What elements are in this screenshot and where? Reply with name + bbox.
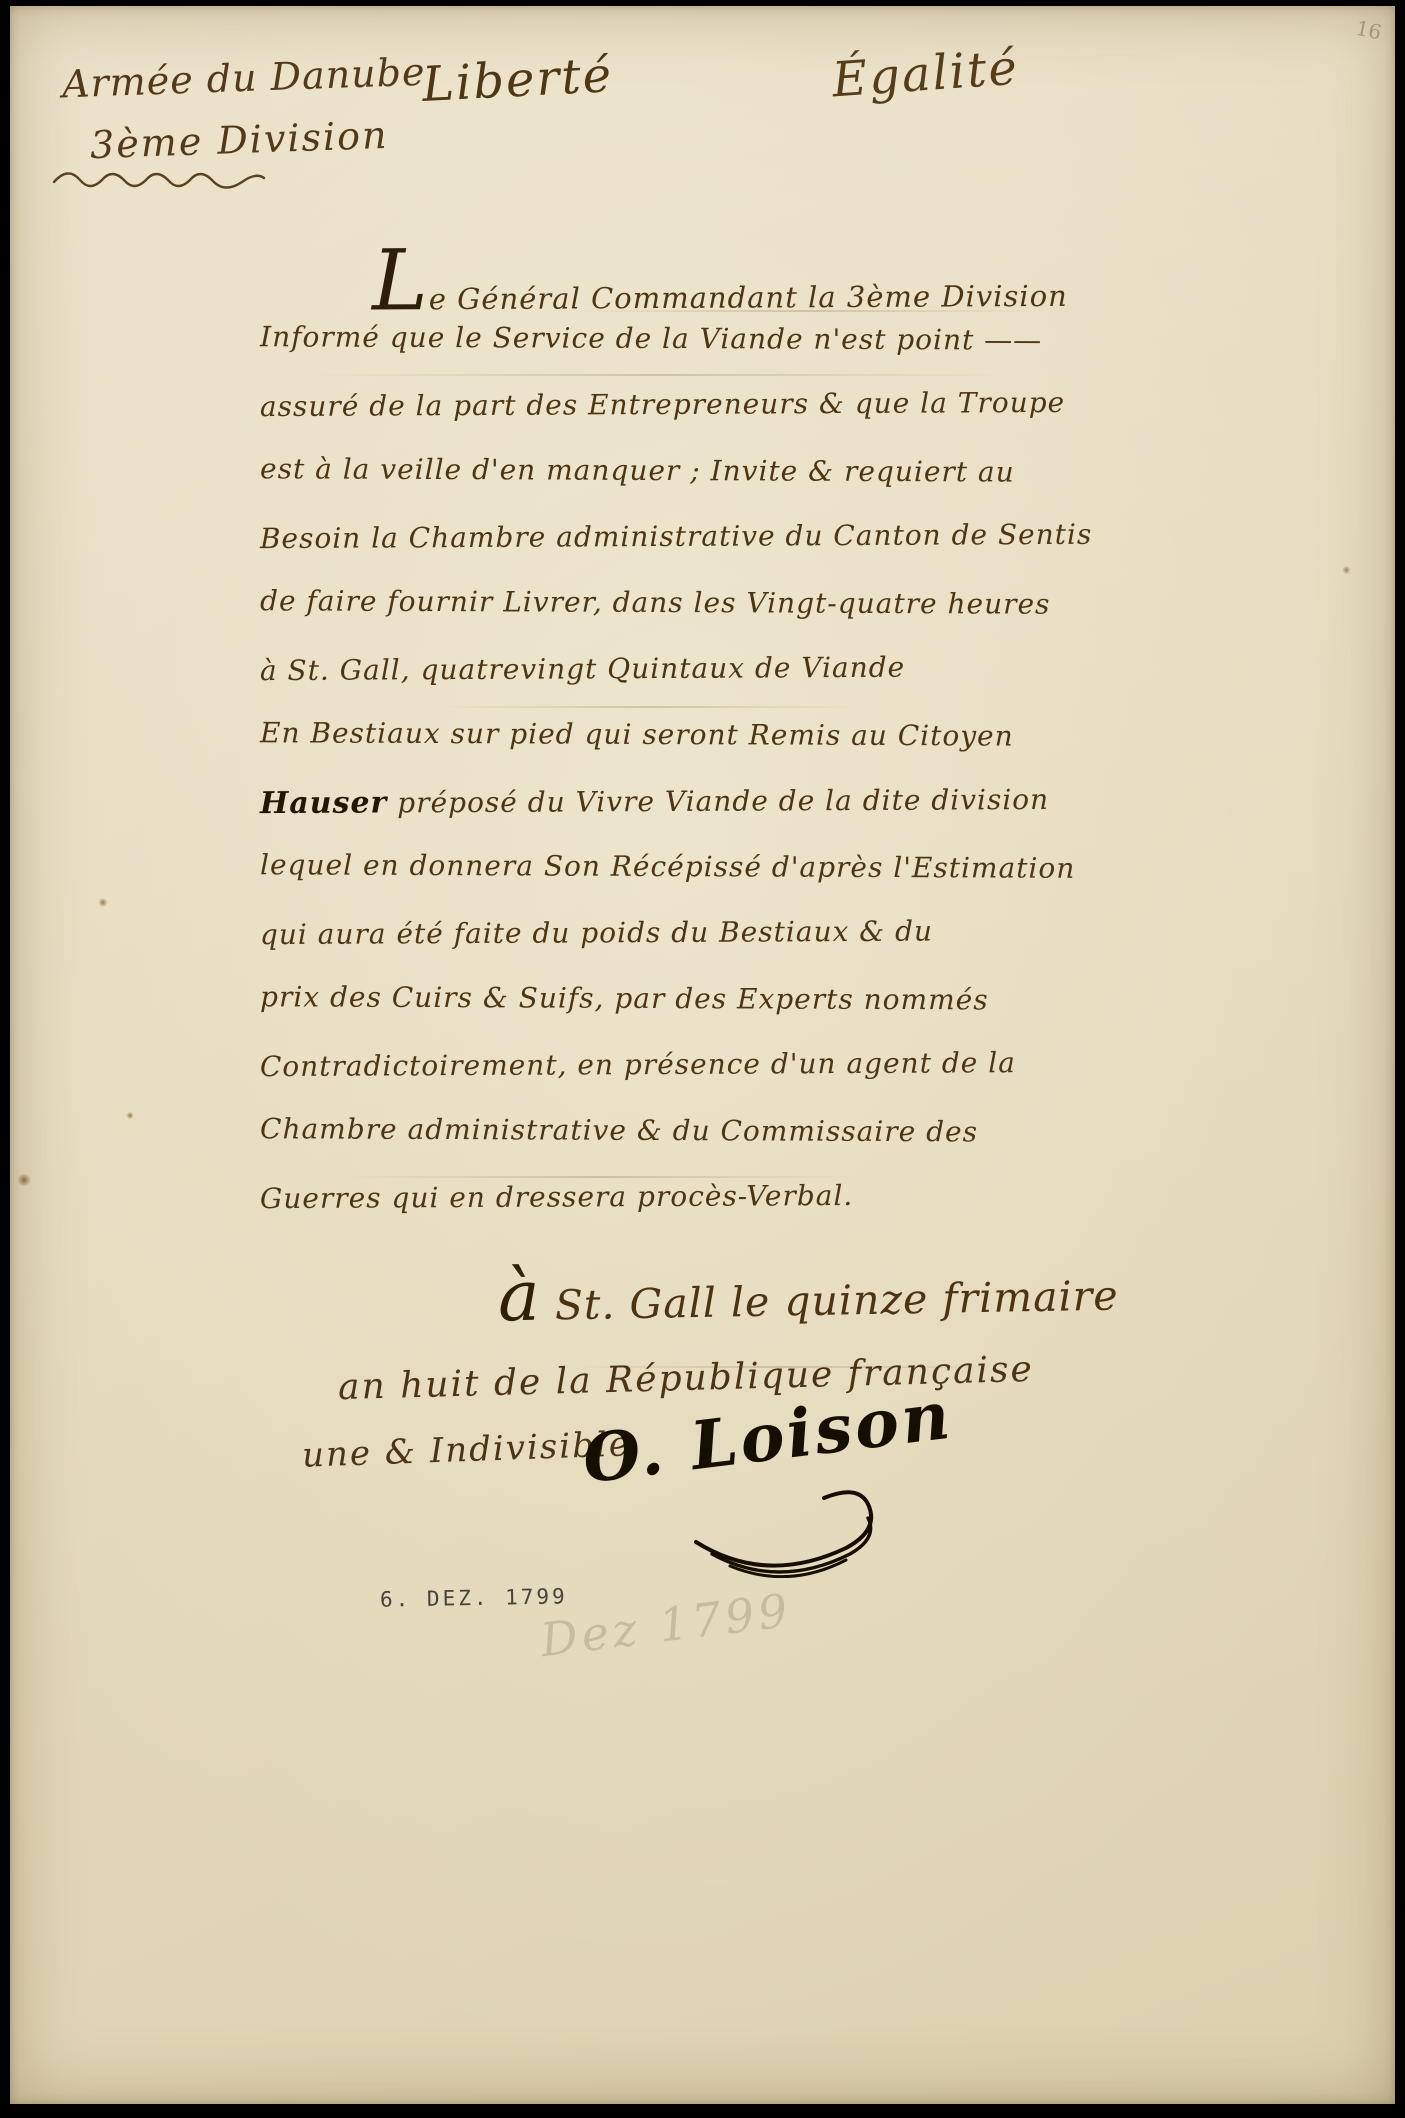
body-line: Chambre administrative & du Commissaire …	[260, 1112, 1060, 1181]
consignee-name: Hauser	[260, 785, 388, 821]
age-spot	[126, 1112, 134, 1119]
body-line: de faire fournir Livrer, dans les Vingt-…	[260, 584, 1060, 653]
date-stamp: 6. DEZ. 1799	[380, 1584, 568, 1611]
army-name: Armée du Danube	[61, 50, 426, 107]
body-line: qui aura été faite du poids du Bestiaux …	[260, 914, 1060, 984]
body-line-consignee: Hauser préposé du Vivre Viande de la dit…	[260, 782, 1060, 852]
body-line-rest: préposé du Vivre Viande de la dite divis…	[397, 783, 1049, 819]
body-line: Contradictoirement, en présence d'un age…	[260, 1046, 1060, 1116]
division-name: 3ème Division	[89, 113, 389, 167]
body-line: lequel en donnera Son Récépissé d'après …	[260, 848, 1060, 917]
document-paper: Armée du Danube 3ème Division Liberté Ég…	[10, 6, 1395, 2104]
letter-body: Le Général Commandant la 3ème Division I…	[260, 256, 1060, 1246]
body-line: est à la veille d'en manquer ; Invite & …	[260, 452, 1060, 521]
motto-liberte: Liberté	[421, 47, 615, 113]
corner-mark: 16	[1354, 16, 1384, 45]
age-spot	[98, 898, 108, 907]
age-spot	[1342, 566, 1351, 574]
header-flourish	[50, 162, 300, 196]
scan-background: { "header": { "unit_line1": "Armée du Da…	[0, 0, 1405, 2118]
body-line: En Bestiaux sur pied qui seront Remis au…	[260, 716, 1060, 785]
motto-egalite: Égalité	[830, 40, 1020, 109]
closing-dateline: à St. Gall le quinze frimaire	[498, 1269, 1119, 1331]
body-line: à St. Gall, quatrevingt Quintaux de Vian…	[260, 650, 1060, 720]
body-line: assuré de la part des Entrepreneurs & qu…	[260, 386, 1060, 456]
body-line: Guerres qui en dressera procès-Verbal.	[260, 1178, 1060, 1248]
age-spot	[16, 1174, 32, 1186]
body-line: Informé que le Service de la Viande n'es…	[260, 320, 1060, 389]
body-line: Besoin la Chambre administrative du Cant…	[260, 518, 1060, 588]
pencil-note: Dez 1799	[538, 1583, 795, 1667]
signature-flourish	[678, 1458, 888, 1578]
body-line: prix des Cuirs & Suifs, par des Experts …	[260, 980, 1060, 1049]
body-line: Le Général Commandant la 3ème Division	[260, 254, 1060, 324]
